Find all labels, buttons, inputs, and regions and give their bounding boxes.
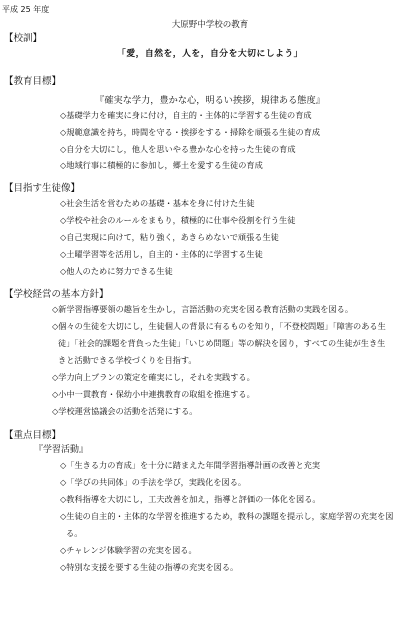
priority-goal-item: ◇教科指導を大切にし，工夫改善を加え，指導と評価の一体化を図る。 <box>60 494 321 505</box>
management-policy-item-cont: きと活動できる学校づくりを目指す。 <box>58 355 197 366</box>
priority-goal-item: ◇チャレンジ体験学習の充実を図る。 <box>60 545 197 556</box>
ideal-student-item: ◇土曜学習等を活用し，自主的・主体的に学習する生徒 <box>60 249 263 260</box>
priority-goal-item: ◇「学びの共同体」の手法を学び，実践化を図る。 <box>60 477 246 488</box>
ideal-student-heading: 【目指す生徒像】 <box>4 180 80 194</box>
priority-goals-subheading: 『学習活動』 <box>34 442 88 455</box>
document-title: 大原野中学校の教育 <box>0 18 420 30</box>
ideal-student-item: ◇自己実現に向けて，粘り強く，あきらめないで頑張る生徒 <box>60 232 279 243</box>
education-goal-item: ◇規範意識を持ち，時間を守る・挨拶をする・掃除を頑張る生徒の育成 <box>60 127 320 138</box>
management-policy-heading: 【学校経営の基本方針】 <box>4 286 109 300</box>
motto-heading: 【校訓】 <box>4 30 42 44</box>
priority-goal-item: ◇生徒の自主的・主体的な学習を推進するため，教科の課題を提示し，家庭学習の充実を… <box>60 511 393 522</box>
ideal-student-item: ◇社会生活を営むための基礎・基本を身に付けた生徒 <box>60 198 255 209</box>
ideal-student-item: ◇他人のために努力できる生徒 <box>60 266 173 277</box>
management-policy-item: ◇小中一貫教育・保幼小中連携教育の取組を推進する。 <box>52 389 255 400</box>
priority-goal-item: ◇特別な支援を要する生徒の指導の充実を図る。 <box>60 562 238 573</box>
management-policy-item: ◇学校運営協議会の活動を活発にする。 <box>52 406 198 417</box>
management-policy-item: ◇学力向上プランの策定を確実にし，それを実践する。 <box>52 372 255 383</box>
management-policy-item: ◇個々の生徒を大切にし，生徒個人の背景に有るものを知り，「不登校問題」「障害のあ… <box>52 321 386 332</box>
management-policy-item-cont: 徒」「社会的課題を背負った生徒」「いじめ問題」等の解決を図り，すべての生徒が生き… <box>58 338 385 349</box>
education-goal-item: ◇自分を大切にし，他人を思いやる豊かな心を持った生徒の育成 <box>60 144 296 155</box>
management-policy-item: ◇新学習指導要領の趣旨を生かし，言語活動の充実を図る教育活動の実践を図る。 <box>52 304 353 315</box>
fiscal-year: 平成 25 年度 <box>2 4 49 15</box>
ideal-student-item: ◇学校や社会のルールをまもり，積極的に仕事や役割を行う生徒 <box>60 215 295 226</box>
school-motto: 「愛，自然を，人を，自分を大切にしよう」 <box>0 46 420 59</box>
education-goals-main: 『確実な学力，豊かな心，明るい挨拶，規律ある態度』 <box>0 92 420 106</box>
priority-goal-item: ◇「生きる力の育成」を十分に踏まえた年間学習指導計画の改善と充実 <box>60 460 320 471</box>
education-goal-item: ◇地域行事に積極的に参加し，郷土を愛する生徒の育成 <box>60 160 263 171</box>
education-goals-heading: 【教育目標】 <box>4 73 61 87</box>
priority-goals-heading: 【重点目標】 <box>4 427 61 441</box>
priority-goal-item-cont: る。 <box>66 528 82 539</box>
education-goal-item: ◇基礎学力を確実に身に付け，自主的・主体的に学習する生徒の育成 <box>60 110 312 121</box>
